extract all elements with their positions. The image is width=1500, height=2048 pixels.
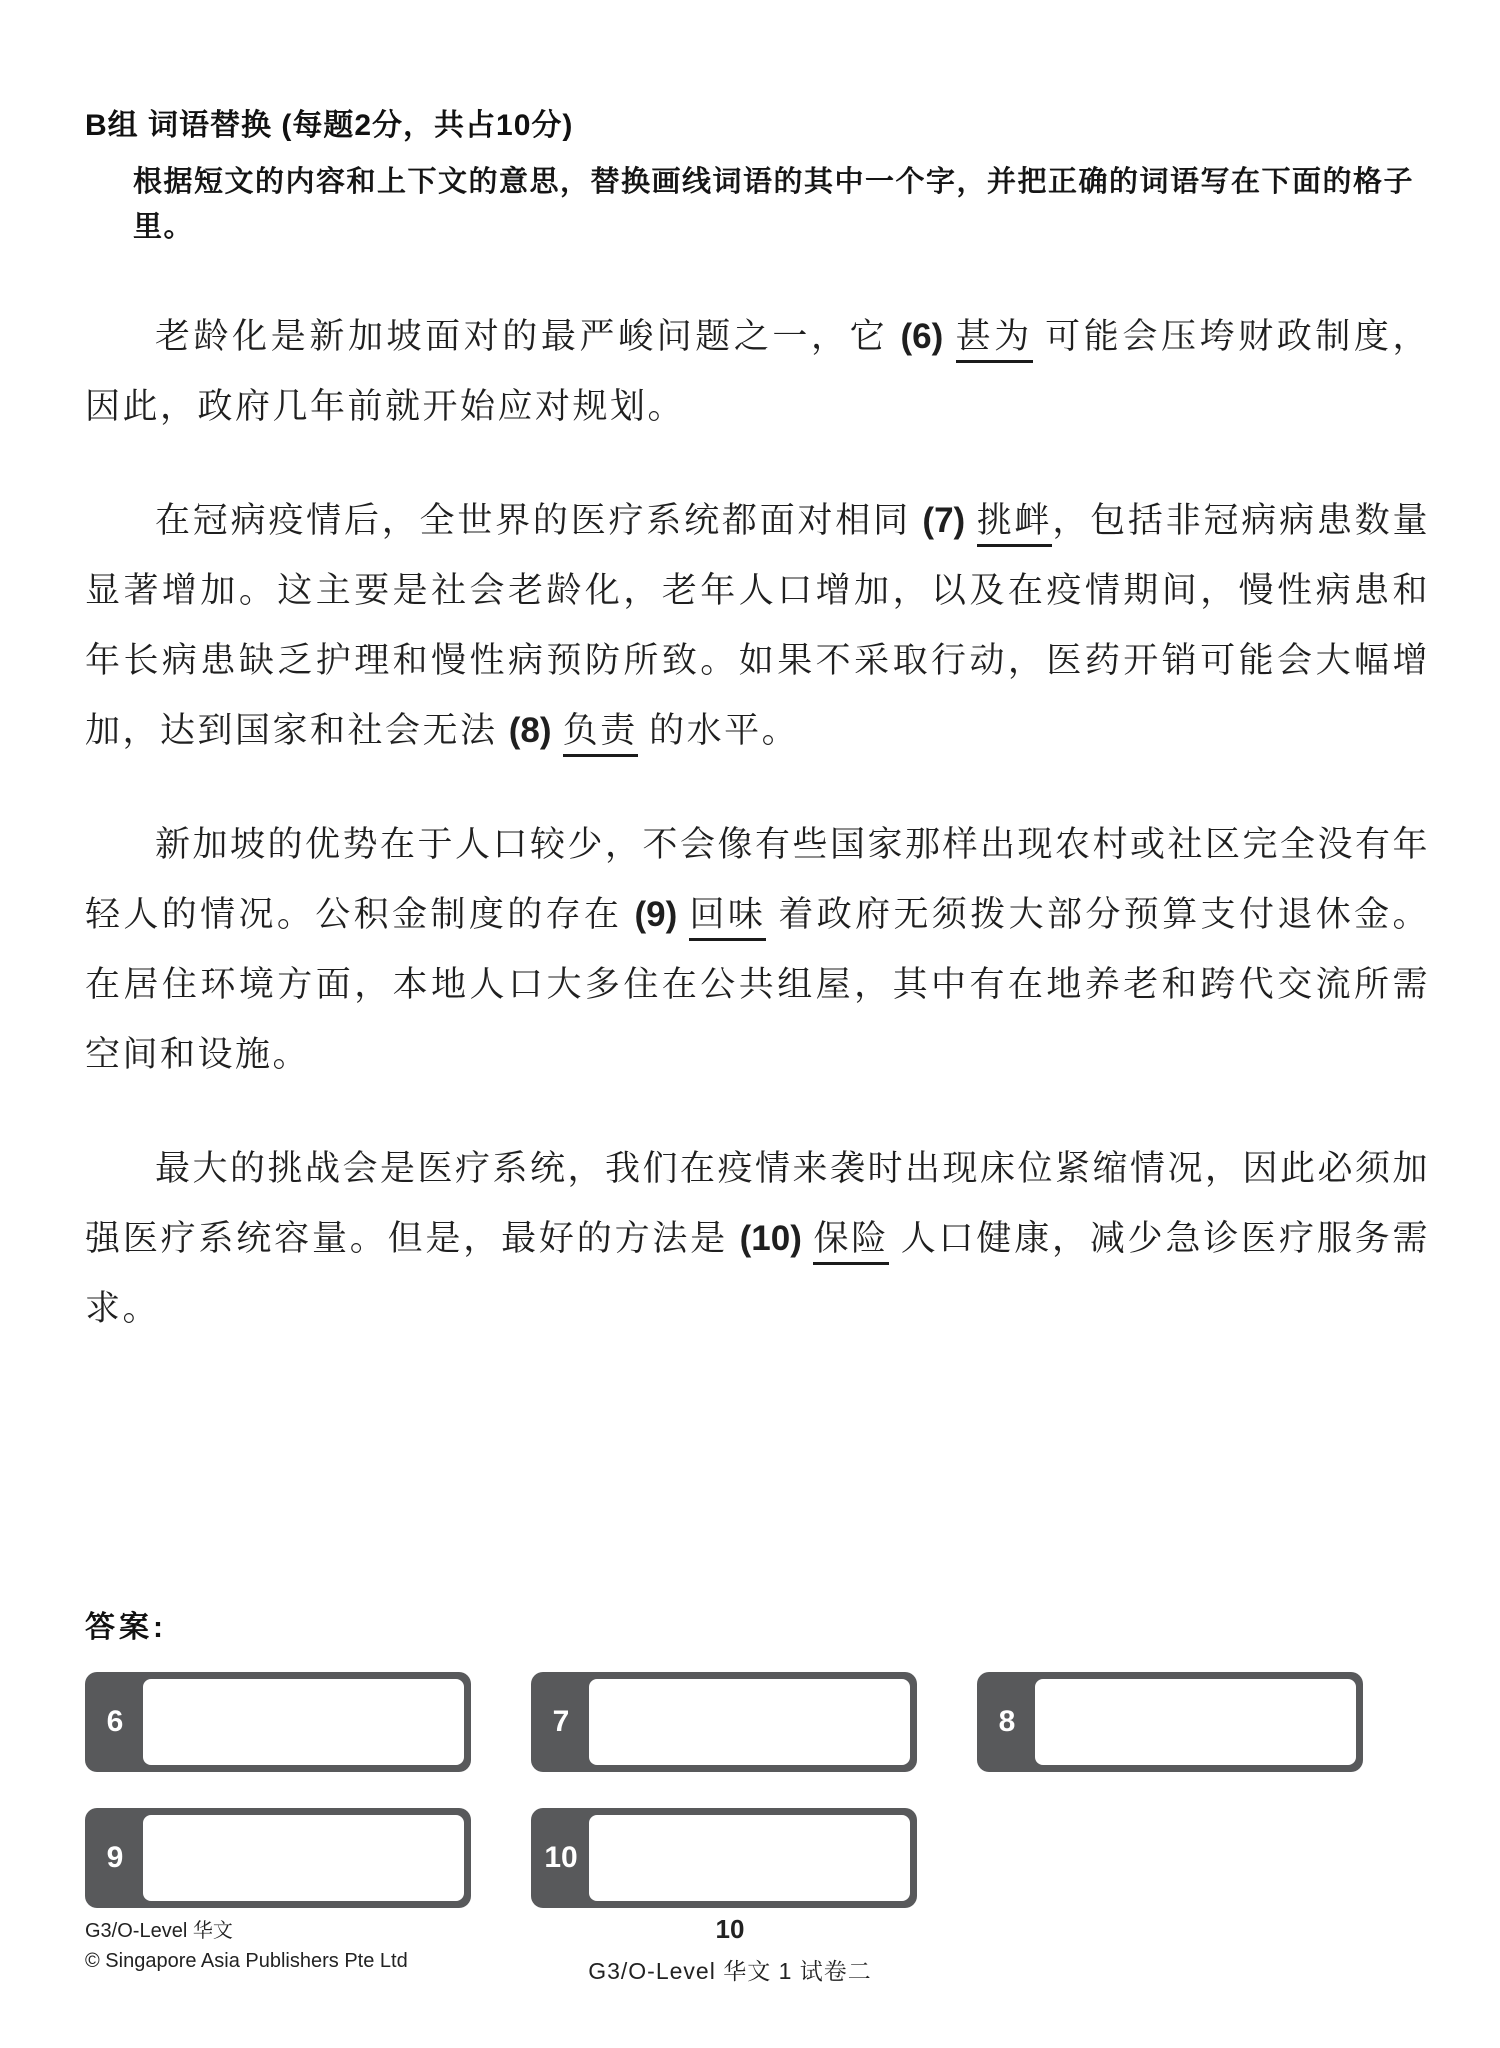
- passage-paragraph-4: 最大的挑战会是医疗系统，我们在疫情来袭时出现床位紧缩情况，因此必须加强医疗系统容…: [85, 1134, 1430, 1344]
- passage-text: [677, 895, 689, 934]
- underlined-term: 甚为: [956, 317, 1033, 363]
- passage-text: [943, 317, 955, 356]
- section-title: B组 词语替换 (每题2分，共占10分): [85, 100, 1430, 144]
- passage-text: [965, 501, 977, 540]
- blank-number: (9): [635, 895, 678, 934]
- page-number: 10: [0, 1914, 1460, 1945]
- instructions-text: 根据短文的内容和上下文的意思，替换画线词语的其中一个字，并把正确的词语写在下面的…: [133, 160, 1433, 250]
- answer-box-9: 9: [85, 1808, 471, 1908]
- answer-section: 答案: 6 7 8 9: [85, 1602, 1430, 1908]
- passage-text: 的水平。: [638, 711, 799, 750]
- passage-text: [802, 1219, 814, 1258]
- answer-box-number: 6: [85, 1672, 145, 1772]
- answer-box-number: 9: [85, 1808, 145, 1908]
- answer-section-label: 答案:: [85, 1602, 1430, 1646]
- answer-grid: 6 7 8 9 10: [85, 1672, 1430, 1908]
- page-content: B组 词语替换 (每题2分，共占10分) 根据短文的内容和上下文的意思，替换画线…: [0, 0, 1500, 1908]
- passage-text: [552, 711, 563, 750]
- answer-box-number: 10: [531, 1808, 591, 1908]
- blank-number: (7): [922, 501, 965, 540]
- passage: 老龄化是新加坡面对的最严峻问题之一，它 (6) 甚为 可能会压垮财政制度，因此，…: [85, 302, 1430, 1344]
- answer-box-6: 6: [85, 1672, 471, 1772]
- passage-paragraph-2: 在冠病疫情后，全世界的医疗系统都面对相同 (7) 挑衅，包括非冠病病患数量显著增…: [85, 486, 1430, 766]
- exam-page: B组 词语替换 (每题2分，共占10分) 根据短文的内容和上下文的意思，替换画线…: [0, 0, 1500, 2048]
- underlined-term: 保险: [813, 1219, 889, 1265]
- blank-number: (6): [901, 317, 944, 356]
- answer-input-area-6[interactable]: [143, 1679, 464, 1765]
- answer-input-area-10[interactable]: [589, 1815, 910, 1901]
- footer-document-title: G3/O-Level 华文 1 试卷二: [0, 1953, 1460, 1986]
- answer-input-area-9[interactable]: [143, 1815, 464, 1901]
- underlined-term: 负责: [563, 711, 638, 757]
- underlined-term: 挑衅: [977, 501, 1053, 547]
- passage-text: 在冠病疫情后，全世界的医疗系统都面对相同: [155, 501, 922, 540]
- answer-box-10: 10: [531, 1808, 917, 1908]
- underlined-term: 回味: [689, 895, 766, 941]
- passage-paragraph-1: 老龄化是新加坡面对的最严峻问题之一，它 (6) 甚为 可能会压垮财政制度，因此，…: [85, 302, 1430, 442]
- answer-box-7: 7: [531, 1672, 917, 1772]
- blank-number: (8): [509, 711, 552, 750]
- footer-center: 10 G3/O-Level 华文 1 试卷二: [0, 1914, 1460, 1986]
- answer-box-number: 7: [531, 1672, 591, 1772]
- blank-number: (10): [740, 1219, 802, 1258]
- answer-input-area-8[interactable]: [1035, 1679, 1356, 1765]
- passage-paragraph-3: 新加坡的优势在于人口较少，不会像有些国家那样出现农村或社区完全没有年轻人的情况。…: [85, 810, 1430, 1090]
- answer-input-area-7[interactable]: [589, 1679, 910, 1765]
- answer-box-8: 8: [977, 1672, 1363, 1772]
- answer-box-number: 8: [977, 1672, 1037, 1772]
- passage-text: 老龄化是新加坡面对的最严峻问题之一，它: [155, 317, 901, 356]
